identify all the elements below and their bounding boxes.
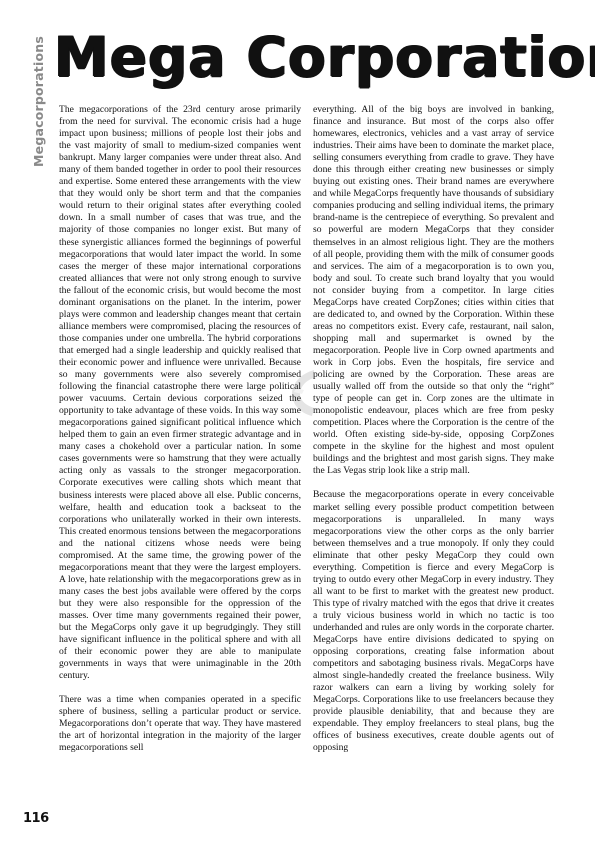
page-number: 116 xyxy=(23,811,49,826)
document-page: Megacorporations Mega Corporations The m… xyxy=(0,0,595,842)
side-tab-label: Megacorporations xyxy=(31,36,46,167)
paragraph: Because the megacorporations operate in … xyxy=(313,489,554,754)
paragraph: The megacorporations of the 23rd century… xyxy=(59,104,301,682)
side-tab: Megacorporations xyxy=(27,36,49,166)
paragraph: everything. All of the big boys are invo… xyxy=(313,104,554,477)
paragraph: There was a time when companies operated… xyxy=(59,694,301,754)
right-column: everything. All of the big boys are invo… xyxy=(313,104,554,766)
page-title: Mega Corporations xyxy=(54,22,574,92)
left-column: The megacorporations of the 23rd century… xyxy=(59,104,301,766)
